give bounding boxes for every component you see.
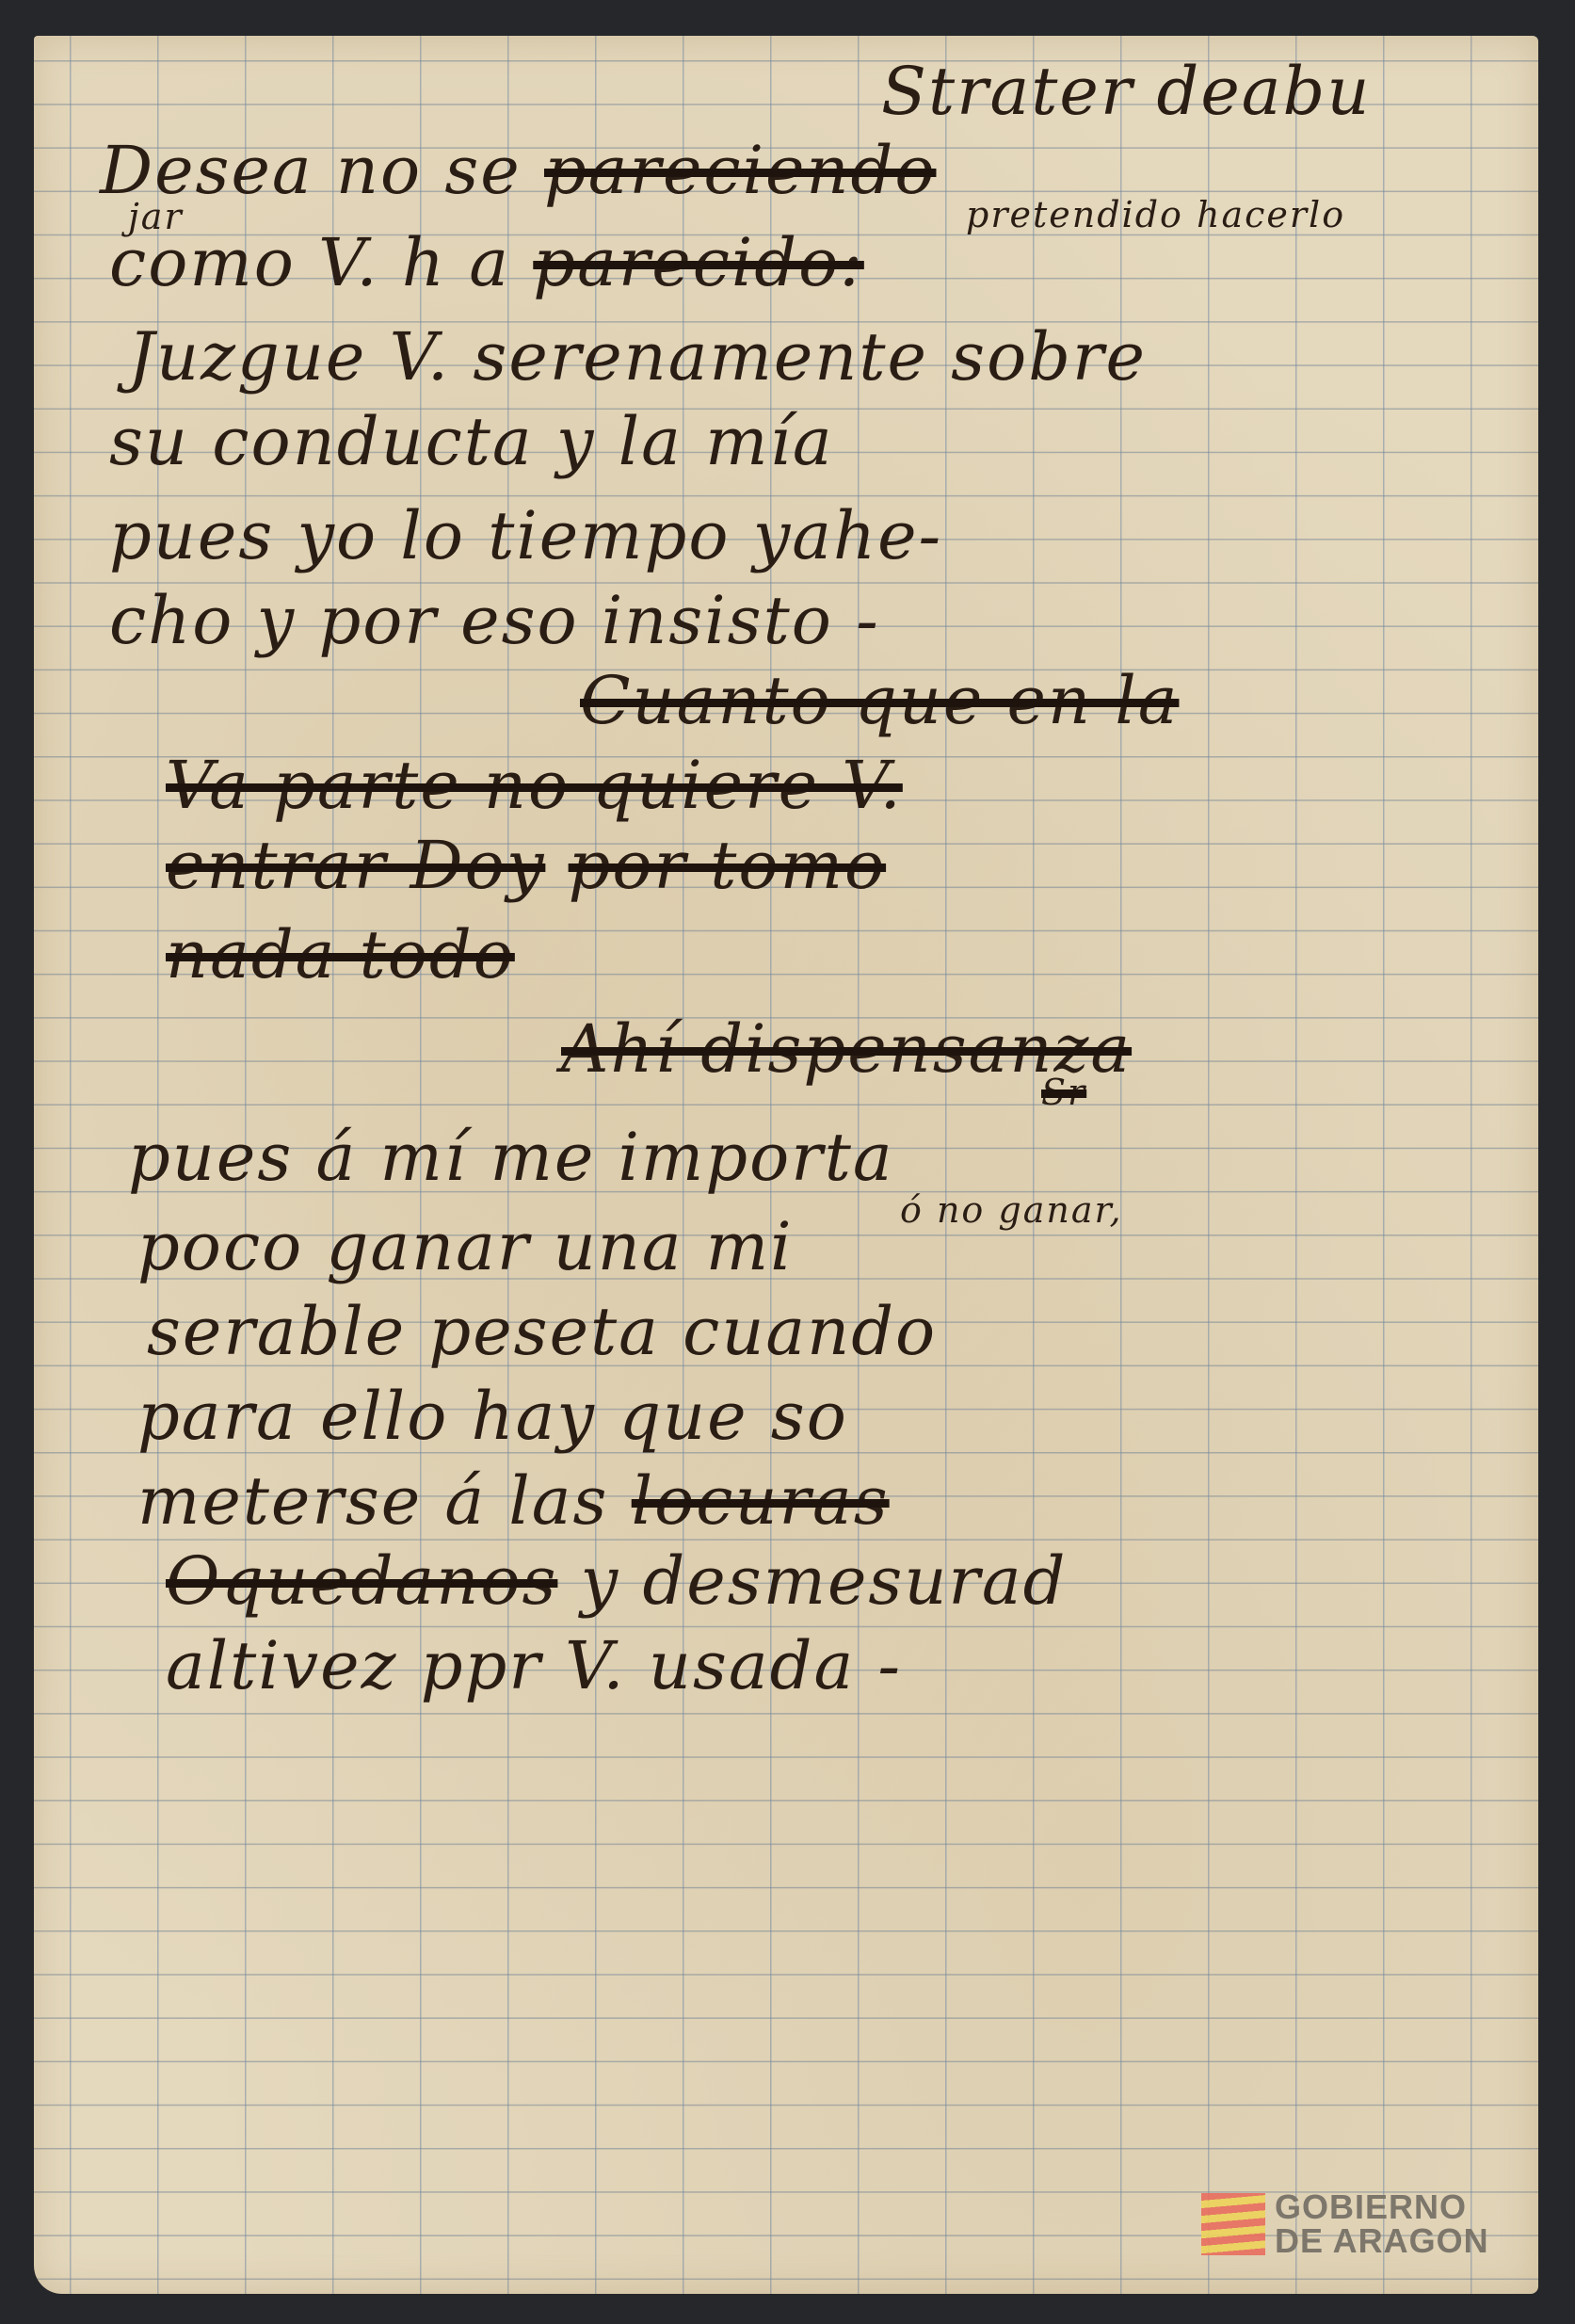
- struck-text: entrar Doy: [166, 827, 545, 904]
- line-15: serable peseta cuando: [147, 1293, 937, 1370]
- line-4: Juzgue V. serenamente sobre: [128, 318, 1147, 395]
- line-text: pues á mí me importa: [128, 1119, 894, 1196]
- struck-text: Oquedanos: [166, 1542, 557, 1620]
- line-text: como V. h a: [109, 224, 510, 301]
- line-14: poco ganar una mi: [137, 1208, 794, 1285]
- insertion-pretendido: pretendido hacerlo: [966, 194, 1345, 235]
- line-text: meterse á las: [137, 1462, 608, 1540]
- gobierno-aragon-watermark: GOBIERNO DE ARAGON: [1201, 2190, 1489, 2258]
- line-5: su conducta y la mía: [109, 403, 834, 480]
- line-8: Cuanto que en la: [580, 662, 1179, 739]
- line-text: pretendido hacerlo: [966, 194, 1345, 235]
- line-text: ó no ganar,: [900, 1189, 1123, 1231]
- line-text: cho y por eso insisto -: [109, 582, 880, 659]
- line-18: Oquedanos y desmesurad: [166, 1542, 1067, 1620]
- line-13: pues á mí me importa: [128, 1119, 894, 1196]
- line-10: entrar Doy por tomo: [166, 827, 886, 904]
- line-text: poco ganar una mi: [137, 1208, 794, 1285]
- struck-text: Va parte no quiere V.: [166, 747, 903, 824]
- watermark-line-1: GOBIERNO: [1275, 2190, 1489, 2224]
- watermark-line-2: DE ARAGON: [1275, 2224, 1489, 2258]
- struck-text: nada todo: [166, 916, 515, 993]
- line-text: altivez ppr V. usada -: [166, 1627, 902, 1704]
- line-text: para ello hay que so: [137, 1378, 848, 1455]
- struck-text: Sr: [1041, 1072, 1086, 1113]
- line-2: Desea no se pareciendo: [100, 132, 936, 209]
- line-7: cho y por eso insisto -: [109, 582, 880, 659]
- insertion-no-ganar: ó no ganar,: [900, 1189, 1123, 1231]
- line-text: serable peseta cuando: [147, 1293, 937, 1370]
- line-text: pues yo lo tiempo yahe-: [109, 497, 942, 574]
- line-text: Juzgue V. serenamente sobre: [128, 318, 1147, 395]
- line-3: como V. h a parecido:: [109, 224, 864, 301]
- line-1: Strater deabu: [881, 53, 1371, 130]
- line-19: altivez ppr V. usada -: [166, 1627, 902, 1704]
- line-6: pues yo lo tiempo yahe-: [109, 497, 942, 574]
- insertion-sr: Sr: [1041, 1072, 1086, 1113]
- aragon-flag-icon: [1201, 2193, 1265, 2255]
- line-9: Va parte no quiere V.: [166, 747, 903, 824]
- line-text: su conducta y la mía: [109, 403, 834, 480]
- line-text: Strater deabu: [881, 53, 1371, 130]
- line-11: nada todo: [166, 916, 515, 993]
- struck-text: locuras: [632, 1462, 890, 1540]
- line-17: meterse á las locuras: [137, 1462, 890, 1540]
- line-text: por tomo: [569, 827, 886, 904]
- line-16: para ello hay que so: [137, 1378, 848, 1455]
- struck-text: Cuanto que en la: [580, 662, 1179, 739]
- watermark-text: GOBIERNO DE ARAGON: [1275, 2190, 1489, 2258]
- line-text: y desmesurad: [581, 1542, 1068, 1620]
- struck-text: parecido:: [533, 224, 864, 301]
- handwritten-page: Strater deabu Desea no se pareciendo pre…: [34, 36, 1538, 2294]
- struck-text: pareciendo: [544, 132, 936, 209]
